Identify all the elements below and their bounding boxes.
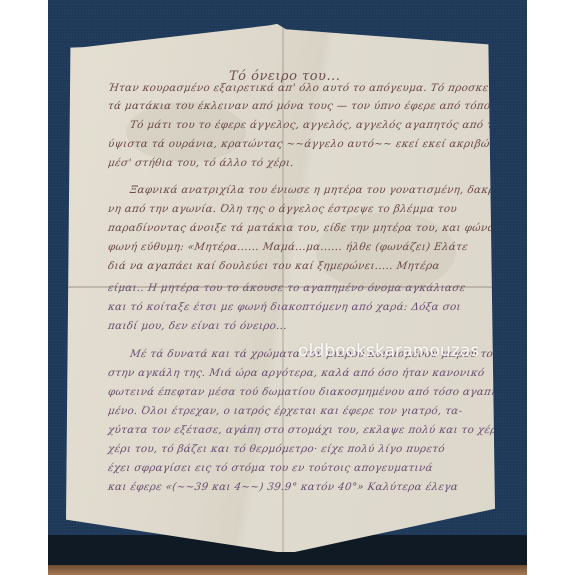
handwritten-line: διά να αγαπάει καί δουλεύει του καί ξημε… <box>107 260 440 272</box>
handwritten-line: μέσ' στήθια του, τό άλλο τό χέρι. <box>107 157 295 169</box>
watermark-text: oldbookskaramouzas <box>298 341 479 361</box>
handwritten-line: στην αγκάλη της. Μιά ώρα αργότερα, καλά … <box>107 367 485 379</box>
handwritten-line: μένο. Όλοι έτρεχαν, ο ιατρός έρχεται και… <box>107 405 463 417</box>
handwritten-line: και τό κοίταξε έτσι με φωνή διακοπτόμενη… <box>107 301 462 313</box>
handwritten-line: και έφερε «(~~39 και 4~~) 39.9° κατόν 40… <box>107 481 459 493</box>
handwritten-line: Ήταν κουρασμένο εξαιρετικά απ' όλο αυτό … <box>107 82 527 94</box>
handwritten-line: φωνή εύθυμη: «Μητέρα...... Μαμά...μα....… <box>107 241 469 253</box>
handwritten-line: νη από την αγωνία. Όλη της ο άγγελος έστ… <box>107 203 458 215</box>
manuscript-paper: Τό όνειρο του... Ήταν κουρασμένο εξαιρετ… <box>66 12 506 552</box>
handwritten-line: φωτεινά έπεφταν μέσα τού δωματίου διακοσ… <box>107 386 502 398</box>
handwritten-line: χέρι του, τό βάζει και τό θερμόμετρο· εί… <box>107 443 446 455</box>
handwritten-line: ύψιστα τά ουράνια, κρατώντας ~~άγγελο αυ… <box>107 138 527 150</box>
handwritten-line: παραδίνοντας άνοιξε τά ματάκια του, είδε… <box>107 222 507 234</box>
handwritten-line: Τό μάτι του το έφερε άγγελος, αγγελός, α… <box>129 119 501 131</box>
handwritten-line: Ξαφνικά ανατριχίλα του ένιωσε η μητέρα τ… <box>129 184 526 196</box>
handwritten-line: τά ματάκια του έκλειναν από μόνα τους — … <box>107 100 527 112</box>
handwritten-line: χύτατα τον εξέτασε, αγάπη στο στομάχι το… <box>107 424 502 436</box>
wooden-table-edge <box>48 565 527 575</box>
handwritten-line: είμαι.. Η μητέρα του το άκουσε το αγαπημ… <box>107 282 466 294</box>
handwritten-line: παιδί μου, δεν είναι τό όνειρο... <box>107 320 288 332</box>
handwritten-line: έχει σφραγίσει εις τό στόμα του εν τούτο… <box>107 462 434 474</box>
document-photo: Τό όνειρο του... Ήταν κουρασμένο εξαιρετ… <box>48 0 527 575</box>
